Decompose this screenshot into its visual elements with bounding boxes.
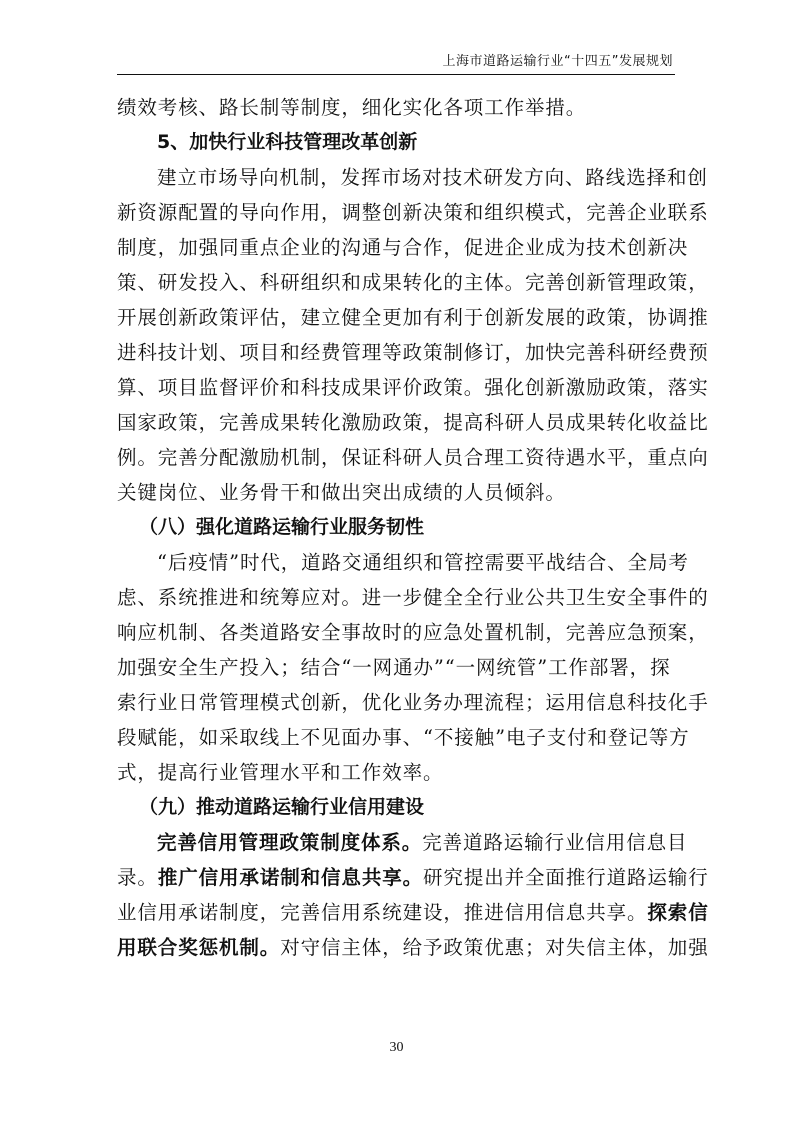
paragraph-line: “后疫情”时代，道路交通组织和管控需要平战结合、全局考 [117,545,677,580]
bold-lead-phrase: 推广信用承诺制和信息共享。 [158,866,423,889]
paragraph-line: 响应机制、各类道路安全事故时的应急处置机制，完善应急预案， [117,615,677,650]
paragraph-line: 国家政策，完善成果转化激励政策，提高科研人员成果转化收益比 [117,405,677,440]
section-heading: （九）推动道路运输行业信用建设 [117,790,677,825]
paragraph-line: 业信用承诺制度，完善信用系统建设，推进信用信息共享。探索信 [117,895,677,930]
header-rule [117,74,675,75]
paragraph-line: 完善信用管理政策制度体系。完善道路运输行业信用信息目 [117,825,677,860]
paragraph-line: 建立市场导向机制，发挥市场对技术研发方向、路线选择和创 [117,160,677,195]
document-body: 绩效考核、路长制等制度，细化实化各项工作举措。 5、加快行业科技管理改革创新 建… [117,90,677,965]
paragraph-line: 录。推广信用承诺制和信息共享。研究提出并全面推行道路运输行 [117,860,677,895]
paragraph-text: 对守信主体，给予政策优惠；对失信主体，加强 [280,936,708,959]
paragraph-line: 用联合奖惩机制。对守信主体，给予政策优惠；对失信主体，加强 [117,930,677,965]
paragraph-line: 算、项目监督评价和科技成果评价政策。强化创新激励政策，落实 [117,370,677,405]
paragraph-line: 开展创新政策评估，建立健全更加有利于创新发展的政策，协调推 [117,300,677,335]
paragraph-line: 段赋能，如采取线上不见面办事、“不接触”电子支付和登记等方 [117,720,677,755]
bold-lead-phrase: 探索信 [647,901,708,924]
paragraph-text: 完善道路运输行业信用信息目 [422,831,687,854]
paragraph-line: 索行业日常管理模式创新，优化业务办理流程；运用信息科技化手 [117,685,677,720]
paragraph-text: 录。 [117,866,158,889]
bold-lead-phrase: 用联合奖惩机制。 [117,936,280,959]
paragraph-line: 关键岗位、业务骨干和做出突出成绩的人员倾斜。 [117,475,677,510]
paragraph-line: 策、研发投入、科研组织和成果转化的主体。完善创新管理政策， [117,265,677,300]
paragraph-text: 研究提出并全面推行道路运输行 [423,866,709,889]
paragraph-line: 例。完善分配激励机制，保证科研人员合理工资待遇水平，重点向 [117,440,677,475]
subsection-heading: 5、加快行业科技管理改革创新 [117,125,677,160]
paragraph-line: 进科技计划、项目和经费管理等政策制修订，加快完善科研经费预 [117,335,677,370]
paragraph-line: 绩效考核、路长制等制度，细化实化各项工作举措。 [117,90,677,125]
section-heading: （八）强化道路运输行业服务韧性 [117,510,677,545]
page-number: 30 [0,1040,793,1056]
paragraph-line: 加强安全生产投入；结合“一网通办”“一网统管”工作部署，探 [117,650,677,685]
paragraph-text: 业信用承诺制度，完善信用系统建设，推进信用信息共享。 [117,901,647,924]
running-header-title: 上海市道路运输行业“十四五”发展规划 [443,50,673,69]
paragraph-line: 式，提高行业管理水平和工作效率。 [117,755,677,790]
paragraph-line: 虑、系统推进和统筹应对。进一步健全全行业公共卫生安全事件的 [117,580,677,615]
bold-lead-phrase: 完善信用管理政策制度体系。 [157,831,422,854]
paragraph-line: 新资源配置的导向作用，调整创新决策和组织模式，完善企业联系 [117,195,677,230]
paragraph-line: 制度，加强同重点企业的沟通与合作，促进企业成为技术创新决 [117,230,677,265]
